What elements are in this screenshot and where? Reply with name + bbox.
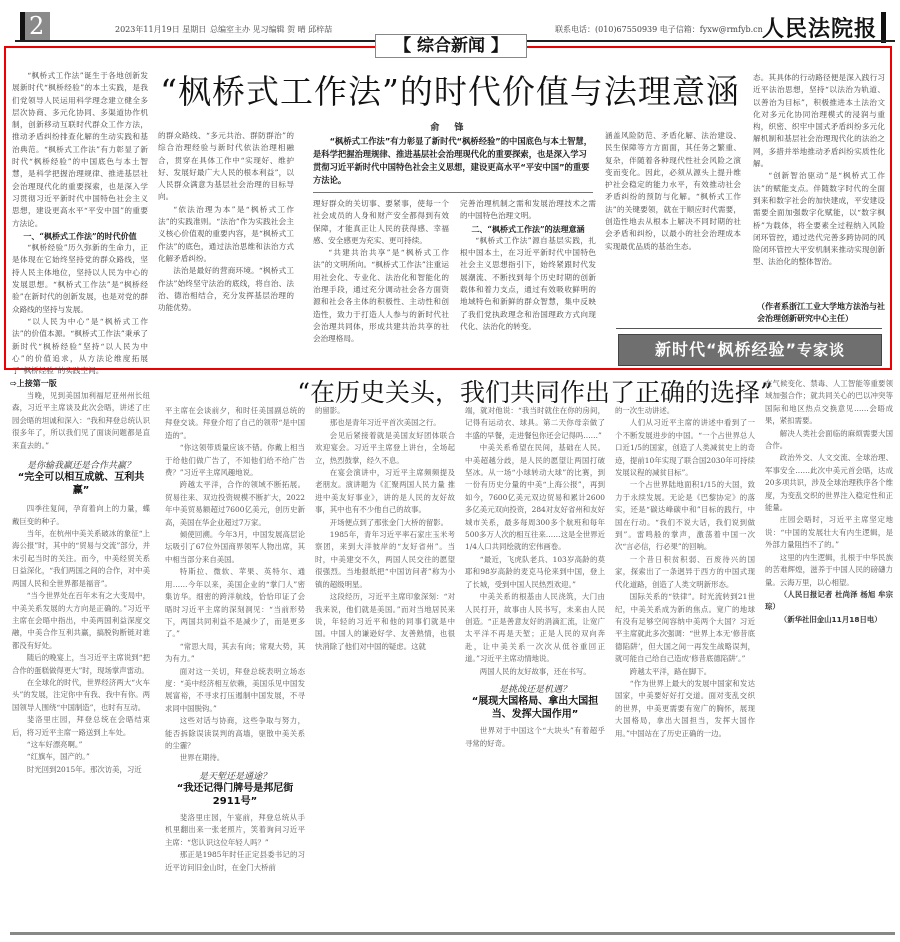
paragraph: 这段经历，习近平主席印象深刻：“对我来说，他们就是美国。”而对当地居民来说，年轻… <box>315 591 455 653</box>
paragraph: 庄园会晤时，习近平主席坚定地说：“中国的发展壮大有内生逻辑，是外部力量阻挡不了的… <box>765 514 893 551</box>
issue-date: 2023年11月19日 星期日 <box>115 24 206 35</box>
bottom-rule <box>10 932 895 935</box>
paragraph: 在气候变化、禁毒、人工智能等重要领域加强合作；就共同关心的巴以冲突等国际和地区热… <box>765 378 893 428</box>
paragraph: 的群众路线、“多元共治、群防群治”的综合治理经验与新时代依法治理相融合，贯穿在具… <box>158 130 294 204</box>
paragraph: 时光回到2015年。那次访美，习近 <box>12 764 150 776</box>
paragraph: 这些对话与协商，这些争取与努力，能否拆除误读误判的高墙，驱散中美关系的尘霾？ <box>165 715 305 752</box>
banner-divider <box>616 328 882 329</box>
paragraph: 完善治理机制之需和发展治理技术之需的中国特色治理文明。 <box>460 198 596 223</box>
article-column-1: “枫桥式工作法”诞生于各地创新发展新时代“枫桥经验”的本土实践，是我们党领导人民… <box>12 70 148 377</box>
paragraph: 随后的晚宴上，当习近平主席说到“把合作的蛋糕做得更大”时，现场掌声雷动。 <box>12 652 150 677</box>
subheading-question: 是天堑还是通途？ <box>165 771 305 783</box>
paragraph: 平主席在会谈前夕，和时任美国副总统的拜登交谈。拜登介绍了自己的领带“是中国造的”… <box>165 405 305 442</box>
paragraph: 态。其具体的行动路径便是深入践行习近平法治思想，坚持“以法治为轨道、以善治为目标… <box>753 72 885 170</box>
paragraph: 这里的内生逻辑，扎根于中华民族的苦难辉煌，滋养于中国人民的磅礴力量。云海万里，以… <box>765 552 893 589</box>
subheading: “我还记得门牌号是邦尼街2911号” <box>165 783 305 808</box>
paragraph: 人们从习近平主席的讲述中看到了一个不断发展进步的中国。“一个占世界总人口近1/5… <box>615 417 755 479</box>
article-column-2: 的群众路线、“多元共治、群防群治”的综合治理经验与新时代依法治理相融合，贯穿在具… <box>158 130 294 314</box>
paragraph: 端，就对他说：“我当时就住在你的房间，记得有运动衣、球具。第二天你母亲做了丰盛的… <box>465 405 605 442</box>
paragraph: “作为世界上最大的发展中国家和发达国家，中美要好好打交道。面对变乱交织的世界，中… <box>615 678 755 740</box>
paragraph: “常思大局，其去有向；常观大势，其为有力。” <box>165 641 305 666</box>
section-heading: 二、“枫桥式工作法”的法理意涵 <box>460 223 596 235</box>
paragraph: “枫桥经验”历久弥新的生命力，正是体现在它始终坚持党的群众路线，坚持人民主体地位… <box>12 242 148 316</box>
dateline-credit: （新华社旧金山11月18日电） <box>765 614 893 626</box>
section-heading: 一、“枫桥式工作法”的时代价值 <box>12 230 148 242</box>
article2-column-5: 的一次生动讲述。 人们从习近平主席的讲述中看到了一个不断发展进步的中国。“一个占… <box>615 405 755 740</box>
paragraph: 特斯拉、微软、苹果、英特尔、通用……今年以来，美国企业的“掌门人”密集访华。细密… <box>165 566 305 640</box>
paragraph: 一个昔日积贫积弱、百废待兴的国家，探索出了一条迥异于西方的中国式现代化道路，创造… <box>615 554 755 591</box>
continued-text: 上接第一版 <box>17 379 57 388</box>
paragraph: “创新智治驱动”是“枫桥式工作法”的赋能支点。伴随数字时代的全面到来和数字社会的… <box>753 170 885 268</box>
paragraph: 在宴会演讲中，习近平主席频频提及老朋友。演讲题为《汇聚两国人民力量 推进中美友好… <box>315 467 455 517</box>
article-column-3: 理好群众的关切事、要紧事，使每一个社会成员的人身和财产安全都得到有效保障，才能真… <box>313 198 449 346</box>
paragraph: “最近，飞虎队老兵、103岁高龄的莫耶和98岁高龄的麦克马伦来到中国，登上了长城… <box>465 554 605 591</box>
paragraph: 斐洛里庄园，拜登总统在会晤结束后，将习近平主席一路送到上车处。 <box>12 714 150 739</box>
banner-tail-text: 专家谈 <box>797 341 845 359</box>
subheading: “展现大国格局、拿出大国担当、发挥大国作用” <box>465 696 605 721</box>
paragraph: 开场便点到了那张金门大桥的留影。 <box>315 517 455 529</box>
paragraph: 一个占世界陆地面积1/15的大国，致力于永续发展。无论是《巴黎协定》的落实，还是… <box>615 479 755 553</box>
paragraph: 当年，在杭州中美关系破冰的象征“上海公报”时，其中的“贸易与交流”部分，并未引起… <box>12 528 150 590</box>
paragraph: 会见后紧接着就是美国友好团体联合欢迎宴会。习近平主席登上讲台，全场起立，热烈鼓掌… <box>315 430 455 467</box>
arrow-right-icon: ⇨ <box>10 379 17 388</box>
subheading: “完全可以相互成就、互利共赢” <box>12 472 150 497</box>
paragraph: 中美关系希望在民间，基础在人民。中美超越分歧，是人民的愿望让两国打破坚冰。从一场… <box>465 442 605 554</box>
section-label: 【 综合新闻 】 <box>375 34 527 58</box>
paragraph: 四季往复间，孕育着向上的力量，蝶戴巨变的种子。 <box>12 503 150 528</box>
subheading-question: 是挑战还是机遇？ <box>465 684 605 696</box>
paragraph: “枫桥式工作法”源自基层实践，扎根中国本土，在习近平新时代中国特色社会主义思想指… <box>460 235 596 333</box>
banner-main-text: 新时代“枫桥经验” <box>655 340 797 359</box>
page-number: 2版 <box>20 12 50 40</box>
paragraph: “红旗车，国产的。” <box>12 751 150 763</box>
paragraph: “枫桥式工作法”诞生于各地创新发展新时代“枫桥经验”的本土实践，是我们党领导人民… <box>12 70 148 230</box>
paragraph: 国际关系的“铁律”。时光流转到21世纪，中美关系成为新的焦点。宽广的地球有没有足… <box>615 591 755 665</box>
article2-column-2: 平主席在会谈前夕，和时任美国副总统的拜登交谈。拜登介绍了自己的领带“是中国造的”… <box>165 405 305 874</box>
paragraph: 的一次生动讲述。 <box>615 405 755 417</box>
page-number-value: 2 <box>29 12 44 40</box>
author-note: （作者系浙江工业大学地方法治与社会治理创新研究中心主任） <box>757 301 887 325</box>
article2-column-6: 在气候变化、禁毒、人工智能等重要领域加强合作；就共同关心的巴以冲突等国际和地区热… <box>765 378 893 626</box>
paragraph: 理好群众的关切事、要紧事，使每一个社会成员的人身和财产安全都得到有效保障，才能真… <box>313 198 449 247</box>
continued-from-label[interactable]: ⇨上接第一版 <box>10 378 57 389</box>
column-banner: 新时代“枫桥经验”专家谈 <box>618 334 882 366</box>
paragraph: “依法治理为本”是“枫桥式工作法”的实践准则。“法治”作为实践社会主义核心价值观… <box>158 204 294 265</box>
paragraph: “共建共治共享”是“枫桥式工作法”的文明所向。“枫桥式工作法”注重运用社会化、专… <box>313 247 449 345</box>
paragraph: 中美关系的根基由人民浇筑，大门由人民打开，故事由人民书写，未来由人民创造。“正是… <box>465 591 605 665</box>
article2-column-1: 当晚，见到美国加利福尼亚州州长纽森，习近平主席谈及此次会晤，讲述了庄园会晤的坦诚… <box>12 390 150 776</box>
paragraph: 涵盖风险防范、矛盾化解、法治建设、民生保障等方方面面，其任务之繁重、复杂，伴随着… <box>605 130 741 253</box>
paragraph: 当晚，见到美国加利福尼亚州州长纽森，习近平主席谈及此次会晤，讲述了庄园会晤的坦诚… <box>12 390 150 452</box>
contact-info: 联系电话：(010)67550939 电子信箱：fyxw@rmfyb.cn <box>555 24 763 35</box>
subheading-question: 是你输我赢还是合作共赢？ <box>12 460 150 472</box>
paragraph: “当今世界处在百年未有之大变局中，中美关系发展的大方向是正确的。”习近平主席在会… <box>12 590 150 652</box>
masthead-logo: 人民法院报 <box>762 12 886 43</box>
paragraph: 法治是最好的营商环境。“枫桥式工作法”始终坚守法治的底线，将自治、法治、德治相结… <box>158 265 294 314</box>
paragraph: 世界在期待。 <box>165 752 305 764</box>
paragraph: 的留影。 <box>315 405 455 417</box>
paragraph: 跨越太平洋，合作的领域不断拓展。贸易往来、双边投资规模不断扩大，2022年中美贸… <box>165 479 305 529</box>
paragraph: 在全球化的时代，世界经济两大“火车头”的发展，注定你中有我、我中有你。两国领导人… <box>12 677 150 714</box>
article2-column-3: 的留影。 那也是青年习近平首次美国之行。 会见后紧接着就是美国友好团体联合欢迎宴… <box>315 405 455 653</box>
paragraph: “你这领带质量应该不错。你戴上相当于给他们做广告了，不知他们给不给广告费？”习近… <box>165 442 305 479</box>
paragraph: 斐洛里庄园，午宴前，拜登总统从手机里翻出来一张老照片，笑着询问习近平主席：“您认… <box>165 812 305 849</box>
article-column-6: 态。其具体的行动路径便是深入践行习近平法治思想，坚持“以法治为轨道、以善治为目标… <box>753 72 885 269</box>
article2-column-4: 端，就对他说：“我当时就住在你的房间，记得有运动衣、球具。第二天你母亲做了丰盛的… <box>465 405 605 750</box>
lead-divider <box>313 192 593 193</box>
paragraph: 1985年，青年习近平率石家庄玉米考察团，来到大洋彼岸的“友好省州”。当时，中美… <box>315 529 455 591</box>
paragraph: 解决人类社会面临的麻烦需要大国合作。 <box>765 428 893 453</box>
paragraph: 跨越太平洋，路在脚下。 <box>615 666 755 678</box>
paragraph: 那正是1985年时任正定县委书记的习近平访问旧金山时，在金门大桥前 <box>165 849 305 874</box>
paragraph: 那也是青年习近平首次美国之行。 <box>315 417 455 429</box>
paragraph: “这车好漂亮啊。” <box>12 739 150 751</box>
paragraph: 倾使回溯。今年3月，中国发展高层论坛吸引了67位外国商界领军人物出席，其中相当部… <box>165 529 305 566</box>
paragraph: 两国人民的友好故事，还在书写。 <box>465 666 605 678</box>
paragraph: 面对这一关切，拜登总统表明立场态度：“美中经济相互依赖，美国乐见中国发展富裕，不… <box>165 666 305 716</box>
paragraph: 政治外交、人文交流、全球治理、军事安全……此次中美元首会晤，达成20多项共识，涉… <box>765 452 893 514</box>
paragraph: 世界对于中国这个“大块头”有着超乎寻常的好奇。 <box>465 725 605 750</box>
editor-credits: 总编室主办 见习编辑 贺 晴 邱梓喆 <box>210 24 332 35</box>
article-column-5: 涵盖风险防范、矛盾化解、法治建设、民生保障等方方面面，其任务之繁重、复杂，伴随着… <box>605 130 741 253</box>
paragraph: “以人民为中心”是“枫桥式工作法”的价值本源。“枫桥式工作法”秉承了新时代“枫桥… <box>12 316 148 377</box>
article-column-4: 完善治理机制之需和发展治理技术之需的中国特色治理文明。 二、“枫桥式工作法”的法… <box>460 198 596 333</box>
article-lead: “枫桥式工作法”有力彰显了新时代“枫桥经验”的中国底色与本土智慧，是科学把握治理… <box>313 135 593 187</box>
reporter-credit: （人民日报记者 杜尚泽 杨旭 牟宗琮） <box>765 589 893 614</box>
